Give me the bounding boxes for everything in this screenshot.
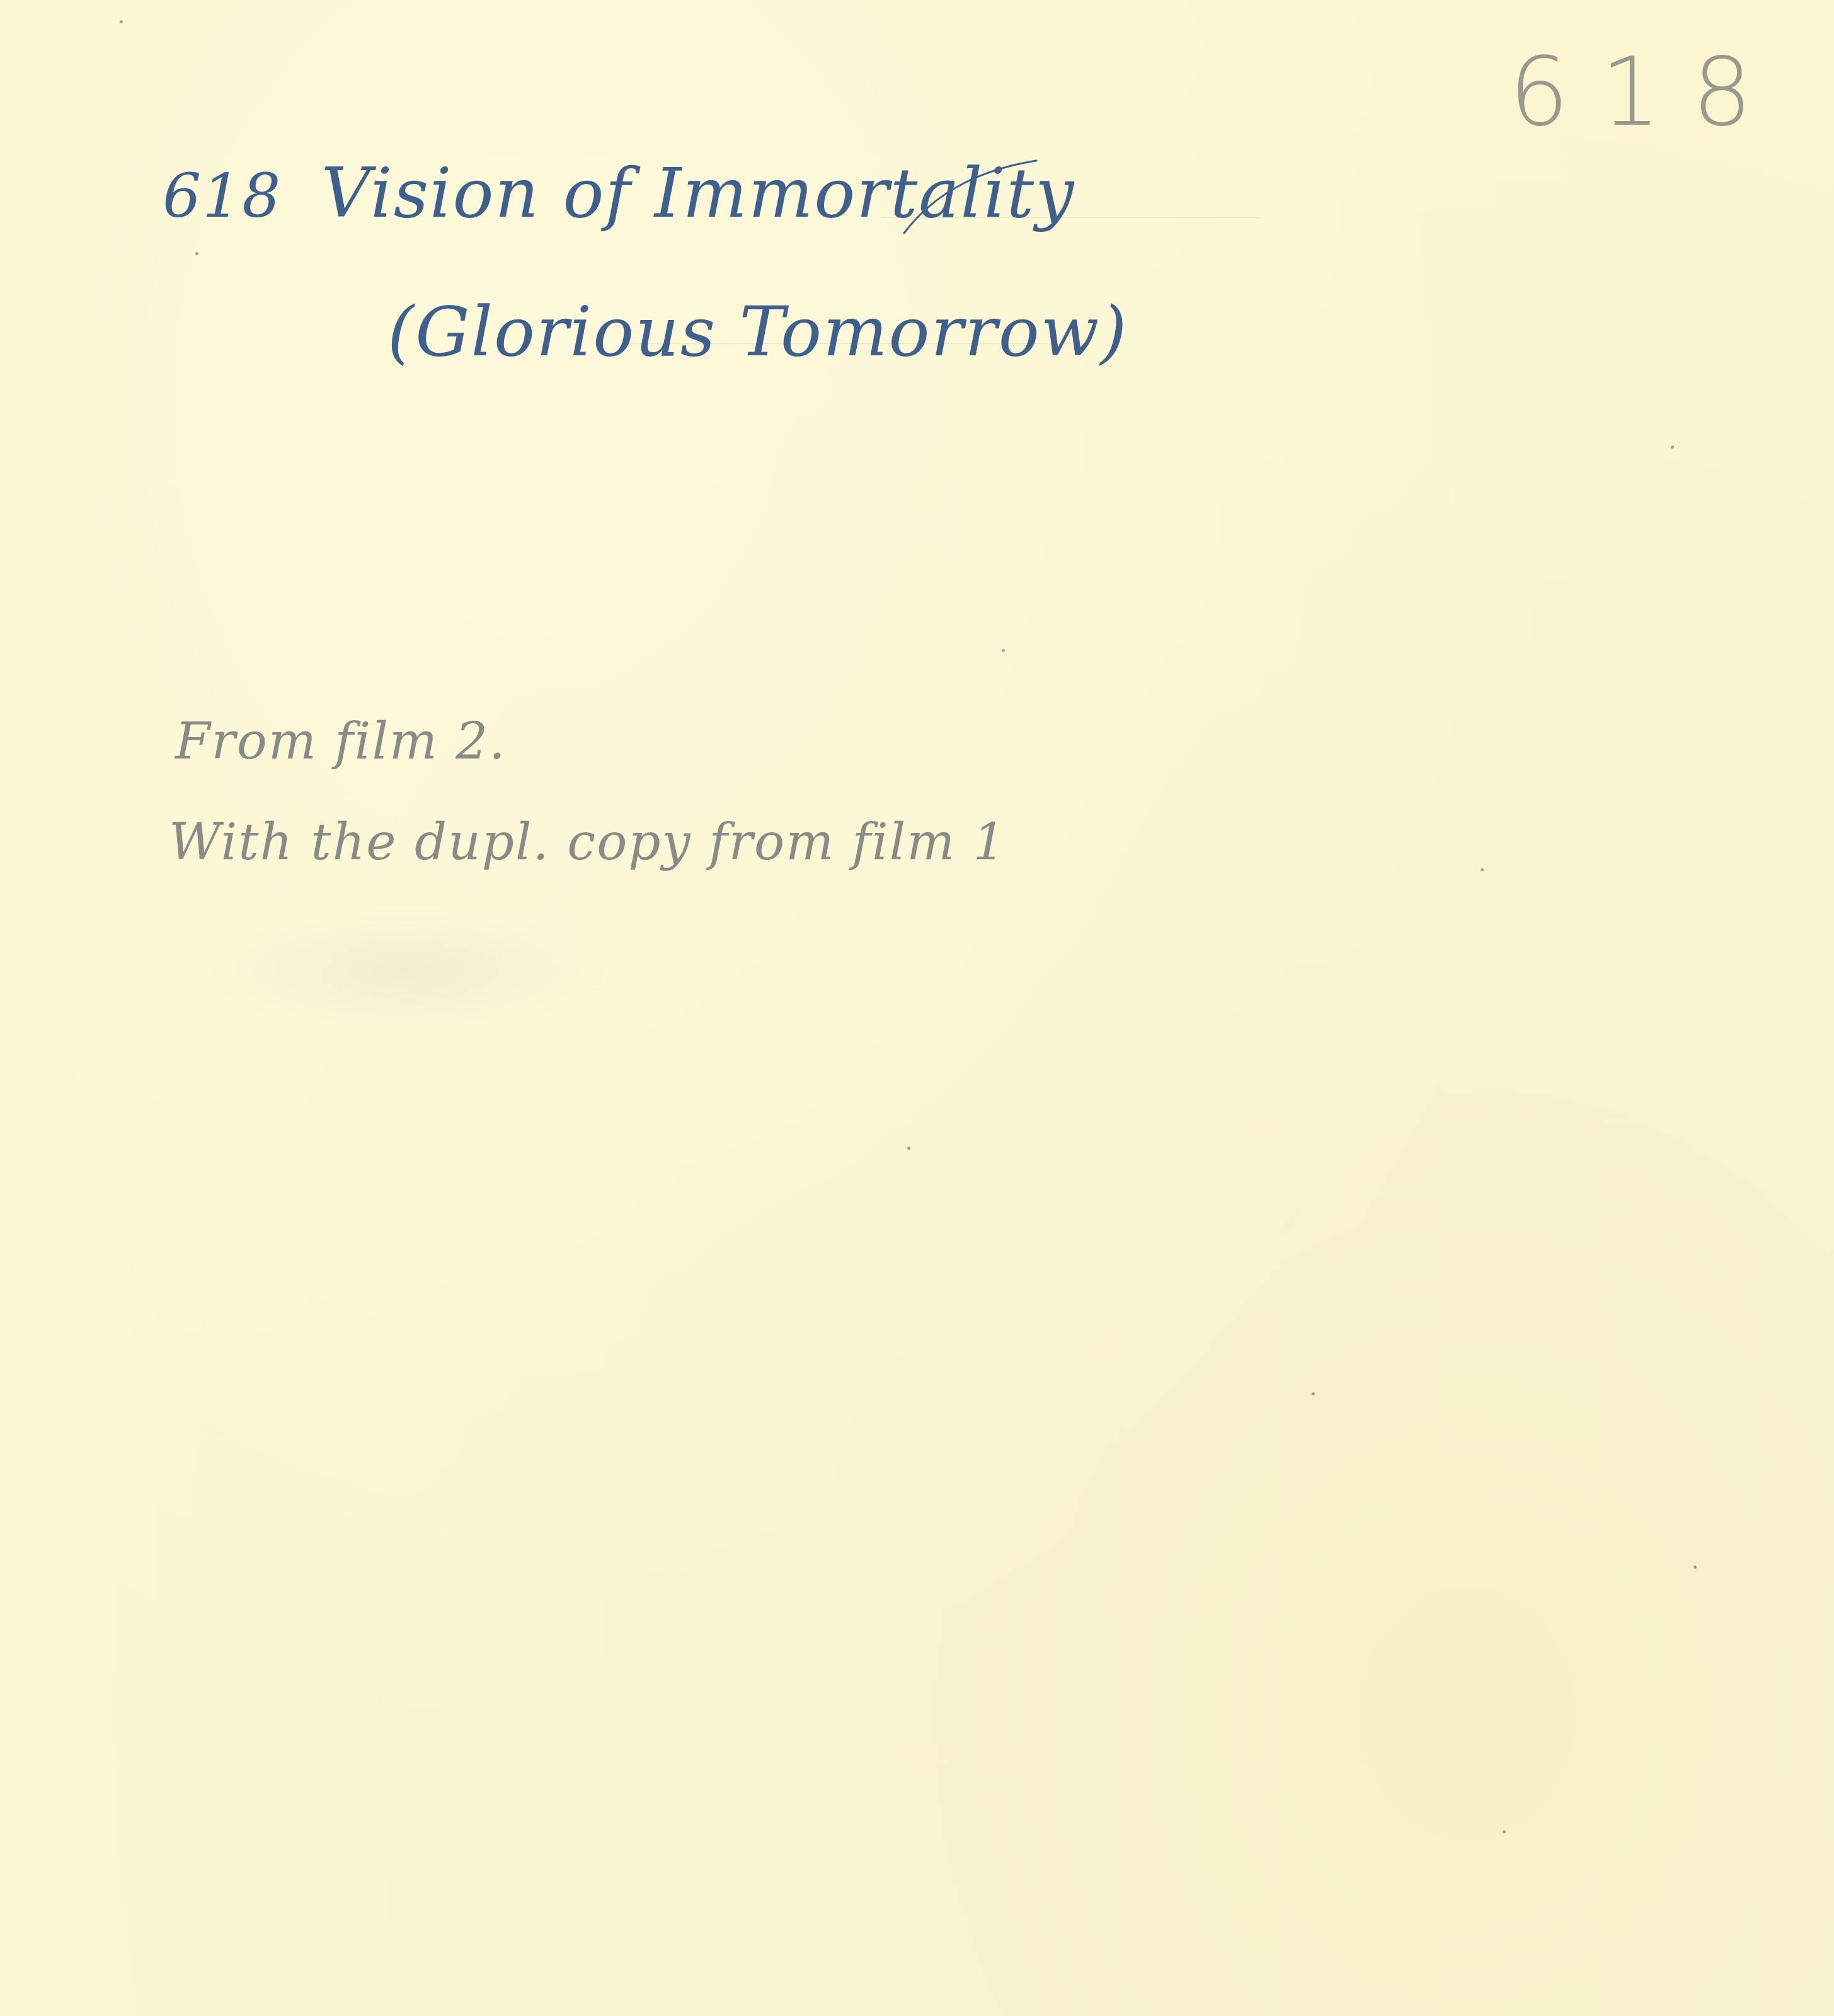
paper-speck (195, 252, 198, 255)
pencil-note-source: From film 2. (175, 712, 507, 770)
title-entry-number: 618 (163, 161, 282, 231)
paper-speck (1002, 649, 1005, 652)
paper-speck (1503, 1830, 1506, 1833)
catalog-number-pencil: 618 (1509, 38, 1784, 147)
paper-speck (120, 20, 123, 23)
pen-flourish-stroke (901, 157, 1040, 239)
paper-speck (1694, 1566, 1697, 1569)
paper-speck (1671, 445, 1674, 449)
erased-pencil-marks (202, 907, 611, 1033)
paper-speck (1481, 868, 1484, 871)
index-card-page: 618 618 Vision of Immortality (Glorious … (0, 0, 1834, 2016)
work-alternate-title: (Glorious Tomorrow) (387, 293, 1128, 372)
paper-speck (1312, 1392, 1315, 1395)
pencil-note-duplicate: With the dupl. copy from film 1 (169, 813, 1006, 871)
paper-speck (907, 1147, 910, 1150)
